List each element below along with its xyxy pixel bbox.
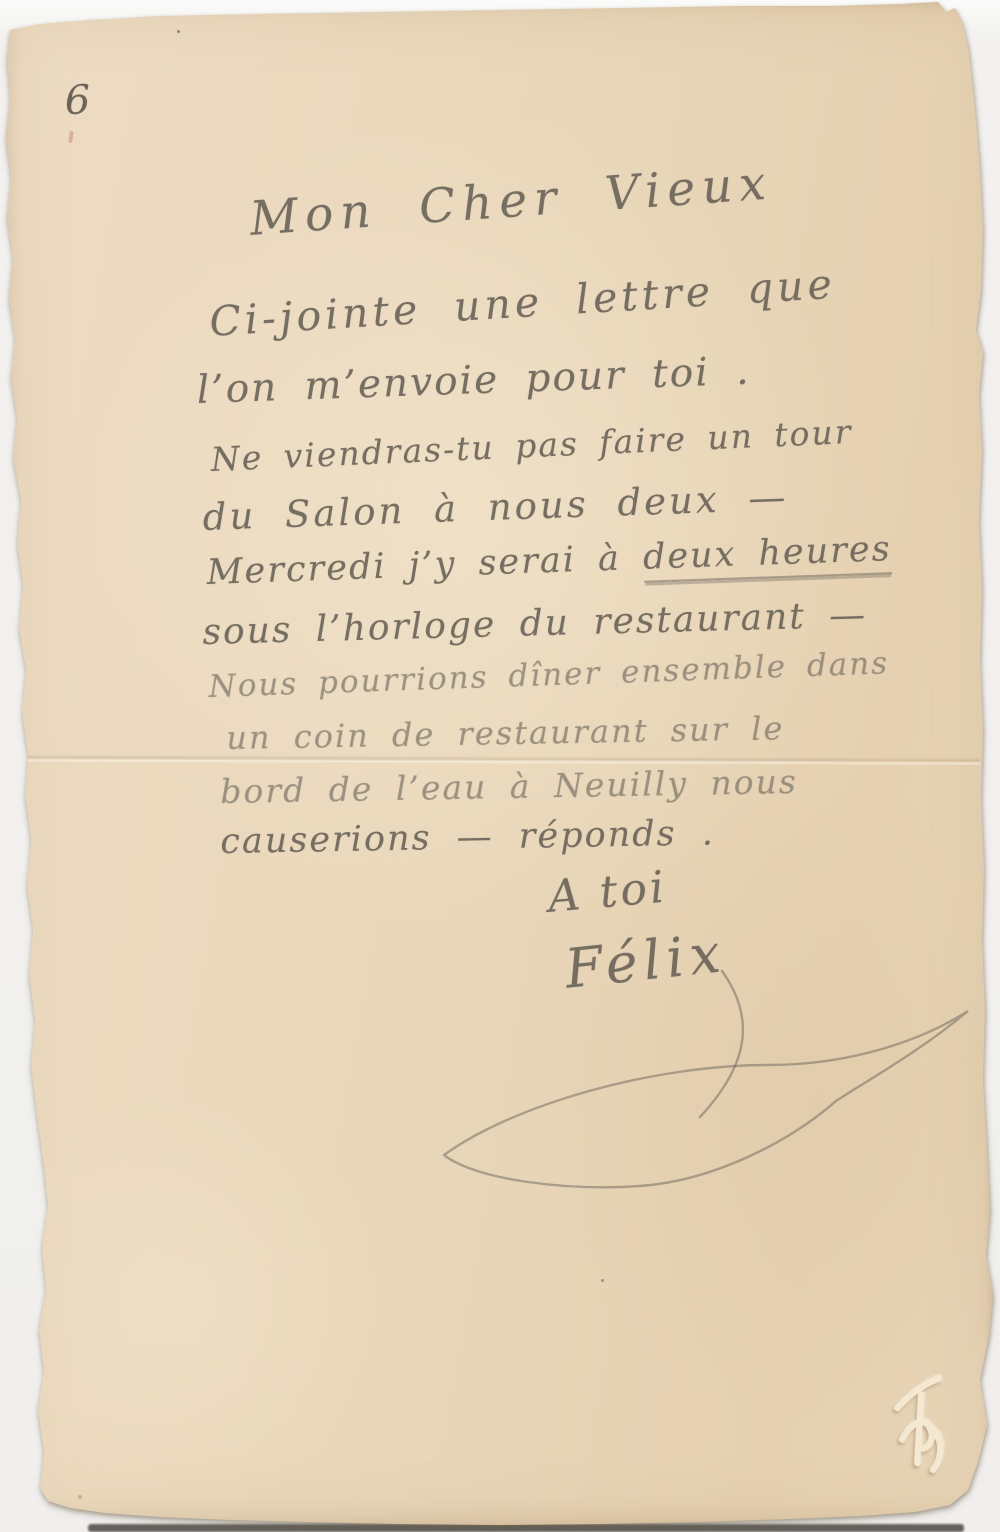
closing-line: A toi: [546, 862, 669, 923]
paper-vignette: [0, 0, 1000, 1532]
scanned-letter-background: 6 Mon Cher Vieux Ci-jointe une lettre qu…: [0, 0, 1000, 1532]
paper-wrapper: 6 Mon Cher Vieux Ci-jointe une lettre qu…: [0, 0, 1000, 1532]
paper-speck: [78, 1495, 82, 1499]
page-number: 6: [64, 77, 91, 124]
paper-speck: [177, 30, 180, 33]
paper-speck: [601, 1279, 604, 1282]
signature-flourish: [420, 955, 980, 1205]
underlined-phrase: deux heures: [642, 529, 892, 583]
letter-paper: 6 Mon Cher Vieux Ci-jointe une lettre qu…: [0, 0, 1000, 1532]
